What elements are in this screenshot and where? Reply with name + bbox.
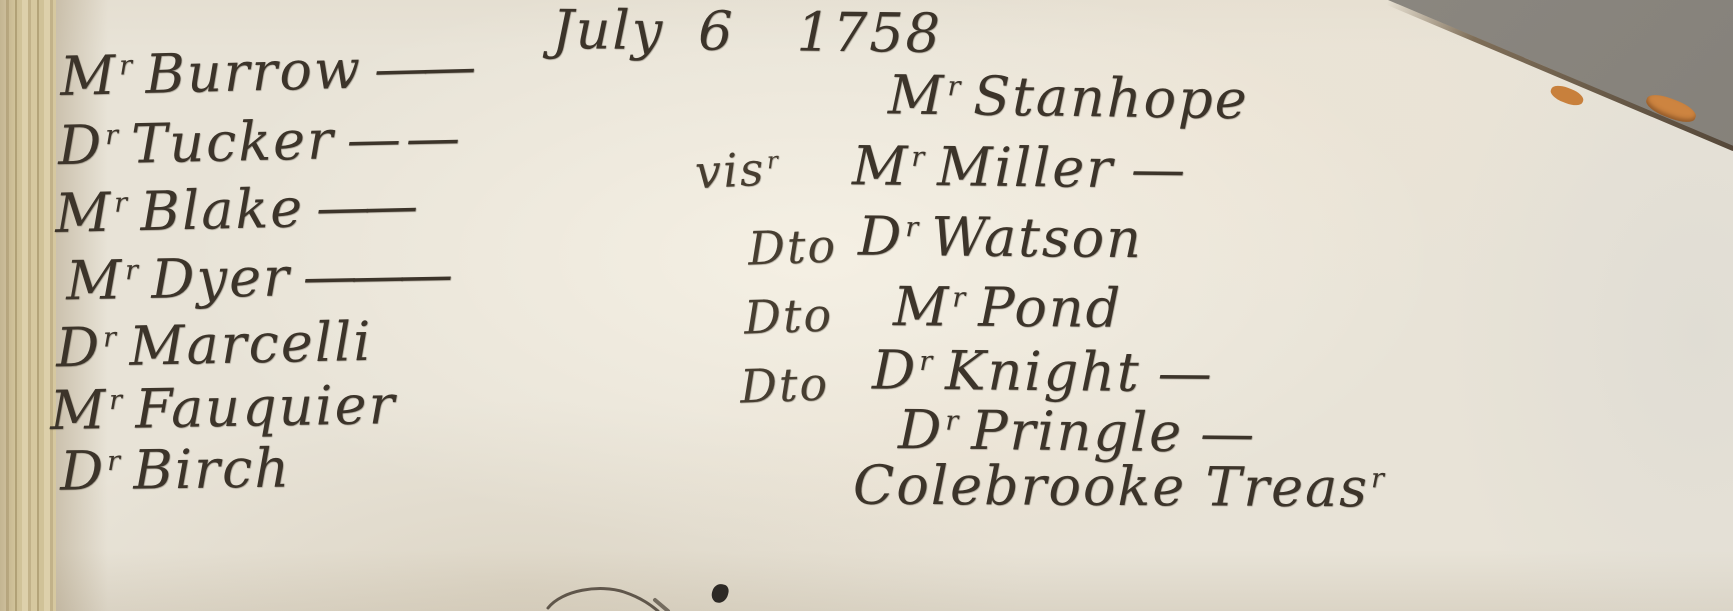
attendee-name: Stanhope [973,65,1249,132]
honorific-superscript: r [905,212,920,243]
attendee-name: Fauquier [135,373,397,441]
dash-flourish: — [1157,341,1206,404]
attendee-name: Burrow [144,38,362,106]
honorific: M [888,63,946,127]
honorific-superscript: r [945,406,960,437]
honorific-superscript: r [919,346,934,377]
dash-flourish [408,373,409,436]
dash-flourish [1160,207,1161,270]
annotation-text: Dto [747,219,838,276]
honorific-superscript: r [952,283,967,314]
honorific-superscript: r [103,322,119,353]
attendee-entry: DrTucker— — [57,106,454,177]
annotation-text: Dto [743,288,834,345]
honorific: D [55,315,102,379]
attendee-name: Marcelli [129,310,374,378]
ditto-mark: Dto [747,218,843,275]
attendee-entry: MrBlake—— [54,174,412,245]
book-gutter-binding [0,0,56,611]
annotation-text: vis [694,142,767,200]
date-year: 1758 [796,1,942,66]
honorific: M [59,44,118,108]
attendee-name: Dyer [151,245,292,310]
dash-flourish: ——— [302,243,447,309]
attendee-entry: Colebrooke Treasr [848,454,1401,520]
date-heading: July61758 [552,0,943,65]
honorific: M [893,275,951,338]
attendee-name: Tucker [131,108,336,175]
honorific: M [852,134,910,198]
ditto-mark: Dto [743,287,839,344]
honorific: M [65,248,123,312]
dash-flourish: —— [373,35,471,100]
honorific-superscript: r [107,446,122,477]
ditto-mark: Dto [739,356,835,413]
visitor-annotation: visr [694,141,785,200]
annotation-superscript: r [766,148,780,175]
attendee-entry: MrMiller— [852,134,1180,200]
attendee-name: Miller [937,135,1115,200]
honorific-superscript: r [109,385,124,416]
annotation-superscript [838,225,839,251]
attendee-entry: MrDyer——— [65,243,447,313]
attendee-entry: MrStanhope [888,63,1267,131]
honorific: D [872,339,918,402]
ink-blot [710,582,730,604]
dash-flourish: —— [315,174,412,239]
attendee-entry: DrWatson [858,205,1160,271]
honorific: D [898,398,944,461]
attendee-entry: DrBirch [60,436,304,502]
attendee-name: Knight [945,339,1141,404]
attendee-name: Watson [931,205,1143,270]
dash-flourish [1265,69,1266,132]
honorific: D [57,113,104,177]
dash-flourish [303,436,304,499]
attendee-entry: DrMarcelli [55,310,385,380]
dash-flourish: — — [346,106,454,171]
attendee-name: Birch [133,436,292,501]
name-superscript: r [1371,463,1386,494]
honorific: D [60,439,106,503]
attendee-entry: DrKnight— [872,339,1206,405]
honorific-superscript: r [911,142,926,173]
attendee-name: Colebrooke Treas [853,454,1369,520]
honorific-superscript: r [119,50,135,81]
attendee-entry: MrBurrow—— [59,35,470,108]
annotation-superscript [830,363,831,389]
attendee-entry: MrPond [893,275,1140,340]
date-month: July [552,0,665,62]
honorific-superscript: r [947,71,962,102]
honorific: D [858,205,904,268]
attendee-entry: MrFauquier [49,373,408,442]
annotation-text: Dto [739,357,830,414]
honorific-superscript: r [114,187,130,218]
honorific-superscript: r [125,255,140,286]
manuscript-page: July61758 MrBurrow—— DrTucker— — MrBlake… [0,0,1733,611]
date-day: 6 [698,0,735,63]
honorific: M [49,378,107,442]
annotation-superscript [834,294,835,320]
honorific: M [54,181,113,245]
attendee-name: Blake [140,176,305,243]
dash-flourish [384,310,385,373]
honorific-superscript: r [105,120,121,151]
attendee-name: Pond [978,276,1122,340]
dash-flourish: — [1131,137,1180,200]
